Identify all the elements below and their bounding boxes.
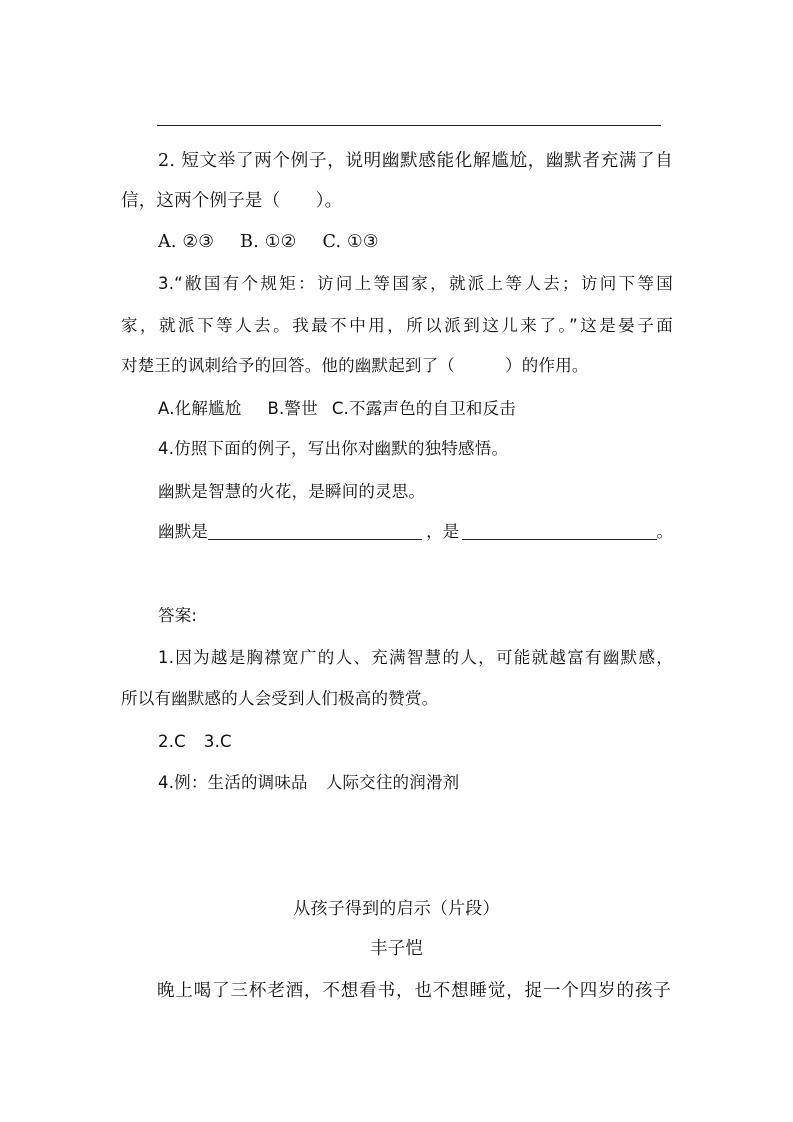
- answer-2: 2.C: [158, 732, 186, 751]
- q3-line-2: 家，就派下等人去。我最不中用，所以派到这儿来了。”这是晏子面: [121, 315, 673, 337]
- answers-heading: 答案:: [158, 605, 673, 627]
- q4-blank-1[interactable]: [208, 521, 422, 540]
- q3-line-1: 3.“敝国有个规矩：访问上等国家，就派上等人去；访问下等国: [158, 273, 673, 295]
- q3-option-c: C.不露声色的自卫和反击: [332, 399, 516, 418]
- answer-3: 3.C: [204, 732, 232, 751]
- answer-4-suffix: 人际交往的润滑剂: [326, 773, 460, 792]
- article-first-line: 晚上喝了三杯老酒，不想看书，也不想睡觉，捉一个四岁的孩子: [157, 980, 671, 1002]
- q3-option-a: A.化解尴尬: [158, 399, 241, 418]
- q3-option-b: B.警世: [267, 399, 317, 418]
- answer-1-line-2: 所以有幽默感的人会受到人们极高的赞赏。: [121, 688, 673, 710]
- q4-fill-middle: ，是: [422, 522, 461, 541]
- answers-2-3: 2.C3.C: [158, 731, 673, 753]
- top-divider-line: [157, 125, 661, 126]
- q4-fill-line: 幽默是，是。: [158, 521, 673, 543]
- document-page: 2. 短文举了两个例子，说明幽默感能化解尴尬，幽默者充满了自 信，这两个例子是（…: [0, 0, 793, 1122]
- answer-4: 4.例：生活的调味品人际交往的润滑剂: [158, 772, 673, 794]
- answer-1-line-1: 1.因为越是胸襟宽广的人、充满智慧的人，可能就越富有幽默感，: [158, 647, 673, 669]
- article-title: 从孩子得到的启示（片段）: [0, 898, 793, 920]
- q2-option-c: C. ①③: [323, 232, 379, 252]
- q2-option-b: B. ①②: [240, 232, 296, 252]
- answer-4-prefix: 4.例：生活的调味品: [158, 773, 308, 792]
- q3-line-3: 对楚王的讽刺给予的回答。他的幽默起到了（ ）的作用。: [121, 355, 673, 377]
- q2-options: A. ②③B. ①②C. ①③: [158, 231, 673, 253]
- q4-prompt: 4.仿照下面的例子，写出你对幽默的独特感悟。: [158, 438, 673, 460]
- q4-example: 幽默是智慧的火花，是瞬间的灵思。: [158, 481, 673, 503]
- q4-fill-suffix: 。: [657, 522, 674, 541]
- q3-options: A.化解尴尬B.警世C.不露声色的自卫和反击: [158, 398, 673, 420]
- q2-option-a: A. ②③: [158, 232, 214, 252]
- article-author: 丰子恺: [0, 938, 793, 960]
- q2-line-2: 信，这两个例子是（ ）。: [121, 190, 673, 212]
- q2-line-1: 2. 短文举了两个例子，说明幽默感能化解尴尬，幽默者充满了自: [158, 150, 673, 172]
- q4-blank-2[interactable]: [462, 521, 657, 540]
- q4-fill-prefix: 幽默是: [158, 522, 208, 541]
